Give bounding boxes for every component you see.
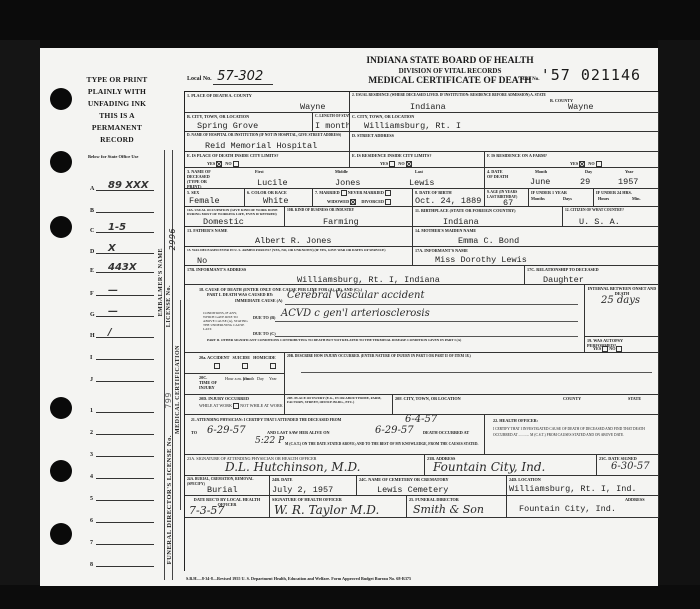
field-armed-forces: 15. WAS DECEASED EVER IN U. S. ARMED FOR… bbox=[185, 247, 413, 266]
field-label: ADDRESS bbox=[625, 497, 645, 502]
funeral-director-license-label: FUNERAL DIRECTOR'S LICENSE No. bbox=[166, 435, 173, 564]
married-checkbox[interactable] bbox=[341, 190, 347, 196]
office-use-row: F— bbox=[90, 285, 154, 297]
instruction-line: THIS IS A bbox=[82, 110, 152, 122]
minutes-label: Min. bbox=[632, 196, 641, 201]
field-label: c. CITY, TOWN, OR LOCATION bbox=[352, 114, 414, 119]
field-label: 17c. RELATIONSHIP TO DECEASED bbox=[527, 267, 599, 272]
field-label: 8. DATE OF BIRTH bbox=[415, 190, 452, 195]
field-date-of-birth: 8. DATE OF BIRTH Oct. 24, 1889 bbox=[413, 189, 485, 207]
office-row-line bbox=[96, 544, 154, 545]
office-row-line bbox=[96, 381, 154, 382]
field-label: 11. BIRTHPLACE (State or foreign country… bbox=[415, 208, 516, 213]
never-married-checkbox[interactable] bbox=[385, 190, 391, 196]
office-use-row: B bbox=[90, 202, 154, 214]
scan-right-edge bbox=[658, 40, 700, 609]
middle-name-value: Jones bbox=[335, 178, 361, 188]
last-seen-label: and last saw her alive on bbox=[267, 430, 330, 435]
office-row-line bbox=[96, 253, 154, 254]
month-label: Month bbox=[535, 169, 547, 174]
immediate-cause-label: IMMEDIATE CAUSE (a) bbox=[235, 298, 282, 303]
no-checkbox[interactable] bbox=[233, 161, 239, 167]
office-row-value: 89 XXX bbox=[108, 180, 149, 191]
office-row-letter: C bbox=[90, 228, 94, 234]
field-label: 1. PLACE OF DEATH a. COUNTY bbox=[187, 93, 252, 98]
field-value: July 2, 1957 bbox=[272, 485, 333, 495]
part1-label: PART I. DEATH WAS CAUSED BY: bbox=[207, 292, 273, 297]
field-label: 10a. USUAL OCCUPATION (Give kind of work… bbox=[187, 208, 285, 216]
office-use-row: 1 bbox=[90, 402, 154, 414]
office-use-row: 6 bbox=[90, 512, 154, 524]
field-label: 20b. DESCRIBE HOW INJURY OCCURRED. (Ente… bbox=[287, 354, 471, 359]
office-use-row: H/ bbox=[90, 327, 154, 339]
field-label: 10b. KIND OF BUSINESS OR INDUSTRY bbox=[287, 208, 354, 213]
field-residence-inside-city: e. IS RESIDENCE INSIDE CITY LIMITS? YES … bbox=[350, 152, 485, 168]
yes-label: YES bbox=[570, 161, 578, 166]
office-use-row: DX bbox=[90, 243, 154, 255]
field-label: 24b. DATE bbox=[272, 477, 292, 482]
field-label: 6. COLOR OR RACE bbox=[247, 190, 287, 195]
field-injury-description: 20b. DESCRIBE HOW INJURY OCCURRED. (Ente… bbox=[285, 353, 659, 395]
field-label: d. NAME OF HOSPITAL OR INSTITUTION (If n… bbox=[187, 133, 341, 138]
field-value: 7-3-57 bbox=[189, 504, 224, 517]
time-suffix-label: M (C.S.T.) on the date stated above; and… bbox=[285, 442, 480, 447]
field-value: Domestic bbox=[203, 217, 244, 227]
field-label: 20d. INJURY OCCURRED bbox=[199, 396, 249, 401]
due-to-b-value: ACVD c gen'l arteriosclerosis bbox=[281, 308, 430, 319]
office-row-letter: F bbox=[90, 291, 94, 297]
no-label: NO bbox=[588, 161, 594, 166]
office-row-line bbox=[96, 456, 154, 457]
office-use-row: E443X bbox=[90, 262, 154, 274]
no-checkbox[interactable] bbox=[406, 161, 412, 167]
first-name-value: Lucile bbox=[257, 178, 288, 188]
first-label: First bbox=[255, 169, 264, 174]
field-label: 14. MOTHER'S MAIDEN NAME bbox=[415, 228, 476, 233]
field-label: 4. DATE OF DEATH bbox=[487, 169, 509, 179]
attended-to-value: 6-29-57 bbox=[207, 425, 246, 436]
field-death-city: b. CITY, TOWN, OR LOCATION Spring Grove bbox=[185, 113, 313, 132]
field-mother-maiden-name: 14. MOTHER'S MAIDEN NAME Emma C. Bond bbox=[413, 227, 659, 247]
widowed-label: WIDOWED bbox=[327, 199, 349, 204]
field-label: e. IS PLACE OF DEATH INSIDE CITY LIMITS? bbox=[187, 153, 279, 158]
day-label: Day bbox=[585, 169, 592, 174]
entry-line bbox=[275, 321, 578, 322]
office-row-line bbox=[96, 359, 154, 360]
office-use-row: 5 bbox=[90, 490, 154, 502]
yes-label: YES bbox=[593, 346, 601, 351]
office-row-letter: 3 bbox=[90, 452, 93, 458]
scan-bottom-edge bbox=[0, 585, 700, 609]
entry-line bbox=[301, 372, 652, 373]
to-label: to bbox=[191, 430, 197, 435]
field-informant-address: 17b. INFORMANT'S ADDRESS Williamsburg, R… bbox=[185, 266, 525, 285]
suicide-label: SUICIDE bbox=[233, 355, 250, 360]
field-birthplace: 11. BIRTHPLACE (State or foreign country… bbox=[413, 207, 563, 227]
field-cemetery: 24c. NAME OF CEMETERY OR CREMATORY Lewis… bbox=[357, 476, 507, 496]
divorced-label: DIVORCED bbox=[361, 199, 384, 204]
office-row-letter: 5 bbox=[90, 496, 93, 502]
embalmer-name-label: EMBALMER'S NAME bbox=[158, 248, 164, 316]
field-label: f. IS RESIDENCE ON A FARM? bbox=[487, 153, 547, 158]
year-label: Year bbox=[269, 376, 277, 381]
attended-from-value: 6-4-57 bbox=[405, 415, 437, 425]
not-while-at-work-label: NOT WHILE AT WORK bbox=[240, 403, 283, 408]
certificate-form: 1. PLACE OF DEATH a. COUNTY Wayne b. CIT… bbox=[184, 91, 658, 571]
field-value: Williamsburg, Rt. I bbox=[364, 121, 461, 131]
field-sex: 5. SEX Female bbox=[185, 189, 245, 207]
field-label: c. Length of Stay in 1b bbox=[315, 114, 350, 119]
field-funeral-director: 25. FUNERAL DIRECTOR Smith & Son bbox=[407, 496, 507, 518]
field-label: 3. NAME OF DECEASED (Type or print) bbox=[187, 169, 217, 189]
field-street-address: d. STREET ADDRESS bbox=[350, 132, 659, 152]
field-value: U. S. A. bbox=[579, 217, 620, 227]
days-label: Days bbox=[563, 196, 572, 201]
scan-left-edge bbox=[0, 40, 40, 609]
office-row-value: 443X bbox=[108, 262, 137, 273]
field-physician-signature: 23a. Signature of Attending Physician or… bbox=[185, 455, 425, 476]
field-cemetery-location: 24d. LOCATION Williamsburg, Rt. I, Ind. bbox=[507, 476, 659, 496]
accident-checkbox[interactable] bbox=[214, 363, 220, 369]
field-value: 67 bbox=[503, 198, 513, 207]
field-label: SIGNATURE OF HEALTH OFFICER bbox=[272, 497, 342, 502]
field-label: 25. FUNERAL DIRECTOR bbox=[409, 497, 459, 502]
instruction-line: UNFADING INK bbox=[82, 98, 152, 110]
office-row-letter: H bbox=[90, 333, 95, 339]
field-label: 24c. NAME OF CEMETERY OR CREMATORY bbox=[359, 477, 449, 482]
field-label: e. IS RESIDENCE INSIDE CITY LIMITS? bbox=[352, 153, 431, 158]
office-use-row: C1-5 bbox=[90, 222, 154, 234]
field-residence-city: c. CITY, TOWN, OR LOCATION Williamsburg,… bbox=[350, 113, 659, 132]
field-place-of-injury: 20e. PLACE OF INJURY (e.g., in or about … bbox=[285, 395, 393, 415]
months-label: Months bbox=[531, 196, 545, 201]
yes-checkbox[interactable] bbox=[389, 161, 395, 167]
local-no-label: Local No. bbox=[187, 76, 212, 82]
field-death-county: 1. PLACE OF DEATH a. COUNTY Wayne bbox=[185, 92, 350, 113]
field-label: 21. ATTENDING PHYSICIAN: I certify that … bbox=[191, 418, 341, 423]
punch-hole-icon bbox=[50, 151, 72, 173]
scan-top-edge bbox=[0, 0, 700, 40]
field-onset-interval: INTERVAL BETWEEN ONSET AND DEATH 25 days bbox=[585, 285, 659, 337]
field-value: White bbox=[263, 196, 289, 206]
month-label: Month bbox=[243, 376, 254, 381]
office-use-row: 7 bbox=[90, 534, 154, 546]
field-label: b. CITY, TOWN, OR LOCATION bbox=[187, 114, 249, 119]
office-row-letter: B bbox=[90, 208, 94, 214]
punch-hole-icon bbox=[50, 397, 72, 419]
death-occurred-label: Death occurred at bbox=[423, 430, 469, 435]
suicide-checkbox[interactable] bbox=[242, 363, 248, 369]
county-label: COUNTY bbox=[563, 396, 581, 401]
last-name-value: Lewis bbox=[409, 178, 435, 188]
year-label: Year bbox=[625, 169, 633, 174]
widowed-checkbox[interactable] bbox=[350, 199, 356, 205]
field-value: I month bbox=[315, 121, 350, 131]
field-label: 24d. LOCATION bbox=[509, 477, 541, 482]
field-business: 10b. KIND OF BUSINESS OR INDUSTRY Farmin… bbox=[285, 207, 413, 227]
field-label: 20f. CITY, TOWN, OR LOCATION bbox=[395, 396, 461, 401]
no-label: NO bbox=[609, 346, 615, 351]
office-row-value: X bbox=[108, 243, 116, 254]
yes-label: YES bbox=[207, 161, 215, 166]
yes-label: YES bbox=[380, 161, 388, 166]
instruction-line: PLAINLY WITH bbox=[82, 86, 152, 98]
medical-certification-label: MEDICAL CERTIFICATION bbox=[175, 345, 181, 434]
conditions-label: Conditions, if any, which gave rise to a… bbox=[203, 311, 248, 331]
field-deceased-name: 3. NAME OF DECEASED (Type or print) Firs… bbox=[185, 168, 485, 189]
field-label: 12. CITIZEN OF WHAT COUNTRY? bbox=[565, 208, 624, 213]
office-row-line bbox=[96, 434, 154, 435]
day-label: Day bbox=[257, 376, 264, 381]
field-label: 2. USUAL RESIDENCE (Where deceased lived… bbox=[352, 93, 546, 98]
field-attending-physician: 21. ATTENDING PHYSICIAN: I certify that … bbox=[185, 415, 485, 455]
office-row-letter: E bbox=[90, 268, 94, 274]
instruction-line: PERMANENT bbox=[82, 122, 152, 134]
field-health-officer: 22. HEALTH OFFICER: I certify that I inv… bbox=[485, 415, 659, 455]
office-use-row: G— bbox=[90, 306, 154, 318]
field-length-of-stay: c. Length of Stay in 1b I month bbox=[313, 113, 350, 132]
office-use-row: A89 XXX bbox=[90, 180, 154, 192]
field-label: 15. WAS DECEASED EVER IN U. S. ARMED FOR… bbox=[187, 248, 412, 252]
field-value: Indiana bbox=[443, 217, 479, 227]
field-value: Daughter bbox=[543, 275, 584, 285]
office-row-letter: G bbox=[90, 312, 95, 318]
office-row-line bbox=[96, 212, 154, 213]
field-value: Williamsburg, Rt. I, Ind. bbox=[509, 484, 637, 494]
field-label: d. STREET ADDRESS bbox=[352, 133, 394, 138]
middle-label: Middle bbox=[335, 169, 348, 174]
field-label: 17a. INFORMANT'S NAME bbox=[415, 248, 468, 253]
office-row-line bbox=[96, 337, 154, 338]
office-row-letter: A bbox=[90, 186, 94, 192]
field-manner-of-death: 20a. ACCIDENT SUICIDE HOMICIDE bbox=[185, 353, 285, 374]
field-under-1-year: IF UNDER 1 YEAR Months Days bbox=[529, 189, 594, 207]
field-funeral-director-address: ADDRESS Fountain City, Ind. bbox=[507, 496, 659, 518]
date-signed-value: 6-30-57 bbox=[611, 461, 650, 472]
physician-signature-value: D.L. Hutchinson, M.D. bbox=[225, 460, 361, 474]
hours-label: Hours bbox=[598, 196, 609, 201]
homicide-checkbox[interactable] bbox=[270, 363, 276, 369]
married-label: MARRIED bbox=[319, 190, 339, 195]
field-value: Williamsburg, Rt. I, Indiana bbox=[297, 275, 440, 285]
office-row-letter: J bbox=[90, 377, 93, 383]
state-label: STATE bbox=[628, 396, 641, 401]
field-label: 13. FATHER'S NAME bbox=[187, 228, 227, 233]
office-row-line bbox=[96, 500, 154, 501]
field-marital-status: 7. MARRIED NEVER MARRIED WIDOWED DIVORCE… bbox=[313, 189, 413, 207]
office-row-letter: I bbox=[90, 355, 92, 361]
office-row-value: — bbox=[108, 285, 118, 296]
field-time-of-injury: 20c. TIME OF INJURY Hour a.m. p.m. Month… bbox=[185, 374, 285, 395]
part2-label: PART II. OTHER SIGNIFICANT CONDITIONS CO… bbox=[207, 338, 461, 343]
office-row-value: / bbox=[108, 327, 112, 338]
field-burial-method: 24a. BURIAL, CREMATION, REMOVAL (Specify… bbox=[185, 476, 270, 496]
field-value: No bbox=[197, 256, 207, 266]
field-relationship: 17c. RELATIONSHIP TO DECEASED Daughter bbox=[525, 266, 659, 285]
cause-of-death-section: 18. CAUSE OF DEATH (Enter only one cause… bbox=[185, 285, 585, 353]
field-value: Wayne bbox=[568, 102, 594, 112]
office-use-label: Below for State Office Use bbox=[88, 154, 138, 159]
field-date-of-death: 4. DATE OF DEATH Month Day Year June 29 … bbox=[485, 168, 659, 189]
embalmer-number: 2996 bbox=[168, 228, 177, 250]
field-health-officer-signature: SIGNATURE OF HEALTH OFFICER W. R. Taylor… bbox=[270, 496, 407, 518]
field-occupation: 10a. USUAL OCCUPATION (Give kind of work… bbox=[185, 207, 285, 227]
field-value: Farming bbox=[323, 217, 359, 227]
field-informant-name: 17a. INFORMANT'S NAME Miss Dorothy Lewis bbox=[413, 247, 659, 266]
field-value: W. R. Taylor M.D. bbox=[274, 503, 379, 517]
field-date-signed: 23c. DATE SIGNED 6-30-57 bbox=[597, 455, 659, 476]
field-label: 7. bbox=[315, 190, 318, 195]
no-label: NO bbox=[398, 161, 404, 166]
field-age: 9. AGE (In years last birthday) 67 bbox=[485, 189, 529, 207]
accident-label: 20a. ACCIDENT bbox=[199, 355, 229, 360]
while-at-work-checkbox[interactable] bbox=[233, 403, 239, 409]
local-number: Local No. 57-302 bbox=[187, 69, 273, 84]
ink-instructions: TYPE OR PRINT PLAINLY WITH UNFADING INK … bbox=[82, 74, 152, 146]
office-row-line bbox=[96, 478, 154, 479]
office-use-row: J bbox=[90, 371, 154, 383]
yes-checkbox[interactable] bbox=[602, 346, 608, 352]
instruction-line: TYPE OR PRINT bbox=[82, 74, 152, 86]
yes-checkbox[interactable] bbox=[579, 161, 585, 167]
field-label: IF UNDER 1 YEAR bbox=[531, 190, 567, 195]
field-label: 20c. TIME OF INJURY bbox=[199, 375, 219, 390]
field-value: Oct. 24, 1889 bbox=[415, 196, 481, 206]
punch-hole-icon bbox=[50, 523, 72, 545]
due-to-b-label: DUE TO (b) bbox=[253, 315, 275, 320]
entry-line bbox=[275, 336, 578, 337]
office-row-letter: 8 bbox=[90, 562, 93, 568]
while-at-work-label: WHILE AT WORK bbox=[199, 403, 232, 408]
field-label: 5. SEX bbox=[187, 190, 199, 195]
field-race: 6. COLOR OR RACE White bbox=[245, 189, 313, 207]
field-label: IF UNDER 24 HRS. bbox=[596, 190, 632, 195]
death-year-value: 1957 bbox=[618, 177, 638, 187]
office-row-letter: 7 bbox=[90, 540, 93, 546]
funeral-director-license-value: 799 bbox=[164, 392, 173, 409]
immediate-cause-value: Cerebral Vascular accident bbox=[287, 290, 425, 301]
office-row-letter: 1 bbox=[90, 408, 93, 414]
state-no-value: '57 021146 bbox=[541, 66, 641, 84]
office-row-value: 1-5 bbox=[108, 222, 126, 233]
no-checkbox[interactable] bbox=[596, 161, 602, 167]
office-row-letter: 2 bbox=[90, 430, 93, 436]
office-row-line bbox=[96, 522, 154, 523]
local-no-value: 57-302 bbox=[213, 69, 273, 85]
punch-hole-icon bbox=[50, 460, 72, 482]
office-row-line bbox=[96, 295, 154, 296]
punch-hole-icon bbox=[50, 88, 72, 110]
office-use-row: 2 bbox=[90, 424, 154, 436]
field-label: 22. HEALTH OFFICER: bbox=[493, 418, 538, 423]
field-value: Emma C. Bond bbox=[458, 236, 519, 246]
no-label: NO bbox=[225, 161, 231, 166]
office-row-line bbox=[96, 566, 154, 567]
field-value: Reid Memorial Hospital bbox=[205, 141, 317, 151]
punch-hole-icon bbox=[50, 216, 72, 238]
office-row-line bbox=[96, 316, 154, 317]
entry-line bbox=[285, 304, 578, 305]
field-injury-at-work: 20d. INJURY OCCURRED WHILE AT WORK NOT W… bbox=[185, 395, 285, 415]
yes-checkbox[interactable] bbox=[216, 161, 222, 167]
office-row-line bbox=[96, 412, 154, 413]
last-label: Last bbox=[415, 169, 423, 174]
death-day-value: 29 bbox=[580, 177, 590, 187]
office-row-value: — bbox=[108, 306, 118, 317]
office-use-row: 8 bbox=[90, 556, 154, 568]
license-no-label: LICENSE No. bbox=[166, 285, 172, 327]
last-seen-value: 6-29-57 bbox=[375, 425, 414, 436]
field-value: Wayne bbox=[300, 102, 326, 112]
office-row-letter: 4 bbox=[90, 474, 93, 480]
never-married-label: NEVER MARRIED bbox=[348, 190, 384, 195]
field-value: Albert R. Jones bbox=[255, 236, 332, 246]
field-value: Burial bbox=[207, 485, 238, 495]
instruction-line: RECORD bbox=[82, 134, 152, 146]
physician-address-value: Fountain City, Ind. bbox=[433, 460, 545, 474]
field-value: 25 days bbox=[601, 295, 640, 306]
field-value: Fountain City, Ind. bbox=[519, 504, 616, 514]
state-number: State No. '57 021146 bbox=[520, 66, 641, 84]
field-autopsy: 19. WAS AUTOPSY PERFORMED? YES NO bbox=[585, 337, 659, 353]
office-use-row: I bbox=[90, 349, 154, 361]
office-row-letter: 6 bbox=[90, 518, 93, 524]
field-hospital: d. NAME OF HOSPITAL OR INSTITUTION (If n… bbox=[185, 132, 350, 152]
time-of-death-value: 5:22 P bbox=[255, 436, 284, 446]
field-injury-location: 20f. CITY, TOWN, OR LOCATION COUNTY STAT… bbox=[393, 395, 659, 415]
field-under-1-day: IF UNDER 24 HRS. Hours Min. bbox=[594, 189, 659, 207]
no-checkbox[interactable] bbox=[616, 346, 622, 352]
health-officer-text: I certify that I investigated cause of d… bbox=[493, 426, 653, 438]
field-father-name: 13. FATHER'S NAME Albert R. Jones bbox=[185, 227, 413, 247]
field-label: 17b. INFORMANT'S ADDRESS bbox=[187, 267, 246, 272]
form-footer: S.B.H.—8-34-8—Revised 1955 U. S. Departm… bbox=[186, 576, 411, 581]
field-physician-address: 23b. ADDRESS Fountain City, Ind. bbox=[425, 455, 597, 476]
state-no-label: State No. bbox=[520, 77, 539, 82]
office-use-row: 3 bbox=[90, 446, 154, 458]
field-value: Indiana bbox=[410, 102, 446, 112]
divorced-checkbox[interactable] bbox=[385, 199, 391, 205]
field-value: Lewis Cemetery bbox=[377, 485, 448, 495]
death-month-value: June bbox=[530, 177, 550, 187]
office-use-row: 4 bbox=[90, 468, 154, 480]
field-value: Female bbox=[189, 196, 220, 206]
field-residence-state: 2. USUAL RESIDENCE (Where deceased lived… bbox=[350, 92, 659, 113]
field-date-received: DATE REC'D BY LOCAL HEALTH OFFICER 7-3-5… bbox=[185, 496, 270, 518]
field-burial-date: 24b. DATE July 2, 1957 bbox=[270, 476, 357, 496]
field-residence-on-farm: f. IS RESIDENCE ON A FARM? YES NO bbox=[485, 152, 659, 168]
due-to-c-label: DUE TO (c) bbox=[253, 331, 276, 336]
divider-line bbox=[164, 150, 165, 580]
field-label: 20e. PLACE OF INJURY (e.g., in or about … bbox=[287, 396, 391, 404]
homicide-label: HOMICIDE bbox=[253, 355, 276, 360]
field-citizenship: 12. CITIZEN OF WHAT COUNTRY? U. S. A. bbox=[563, 207, 659, 227]
office-row-letter: D bbox=[90, 249, 94, 255]
field-value: Spring Grove bbox=[197, 121, 258, 131]
field-inside-city-limits: e. IS PLACE OF DEATH INSIDE CITY LIMITS?… bbox=[185, 152, 350, 168]
field-value: Smith & Son bbox=[413, 503, 484, 516]
field-value: Miss Dorothy Lewis bbox=[435, 255, 527, 265]
